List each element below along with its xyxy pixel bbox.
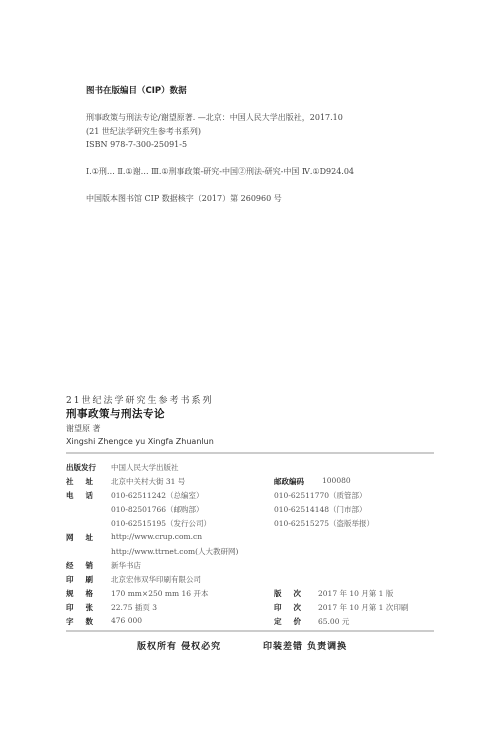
cip-isbn: ISBN 978-7-300-25091-5	[86, 140, 187, 149]
label-distributor: 经销	[66, 560, 105, 571]
label-printing: 印次	[274, 602, 313, 613]
label-publisher: 出版发行	[66, 462, 96, 473]
label-phone: 电话	[66, 490, 105, 501]
label-price: 定价	[274, 616, 313, 627]
value-printer: 北京宏伟双华印刷有限公司	[111, 574, 201, 585]
label-format: 规格	[66, 588, 105, 599]
phone-left-3: 010-62515195（发行公司）	[111, 518, 211, 529]
cip-book-line: 刑事政策与刑法专论/谢望原著. —北京：中国人民大学出版社，2017.10	[86, 112, 343, 123]
label-printer: 印刷	[66, 574, 105, 585]
book-title: 刑事政策与刑法专论	[66, 406, 165, 421]
cip-number: 中国版本图书馆 CIP 数据核字（2017）第 260960 号	[86, 193, 282, 204]
phone-right-1: 010-62511770（质管部）	[274, 490, 367, 501]
website-link-2[interactable]: http://www.ttrnet.com(人大教研网)	[111, 546, 238, 557]
label-address: 社址	[66, 476, 105, 487]
value-publisher: 中国人民大学出版社	[111, 462, 179, 473]
phone-left-2: 010-82501766（邮购部）	[111, 504, 204, 515]
label-postcode: 邮政编码	[274, 476, 304, 487]
cip-heading: 图书在版编目（CIP）数据	[86, 84, 187, 96]
book-pinyin: Xingshi Zhengce yu Xingfa Zhuanlun	[66, 437, 214, 446]
value-edition: 2017 年 10 月第 1 版	[318, 588, 393, 599]
phone-left-1: 010-62511242（总编室）	[111, 490, 204, 501]
label-edition: 版次	[274, 588, 313, 599]
cip-series-line: (21 世纪法学研究生参考书系列)	[86, 126, 201, 137]
phone-right-2: 010-62514148（门市部）	[274, 504, 367, 515]
divider-top	[66, 452, 434, 454]
footer-copyright: 版权所有 侵权必究	[137, 639, 221, 652]
value-price: 65.00 元	[318, 616, 349, 627]
book-author: 谢望原 著	[66, 423, 101, 434]
footer-print-errors: 印装差错 负责调换	[263, 639, 347, 652]
value-words: 476 000	[111, 616, 142, 625]
phone-right-3: 010-62515275（盗版举报）	[274, 518, 374, 529]
series-name: 21世纪法学研究生参考书系列	[66, 393, 213, 406]
value-printing: 2017 年 10 月第 1 次印刷	[318, 602, 408, 613]
value-postcode: 100080	[322, 476, 351, 485]
cip-classification: Ⅰ.①刑… Ⅱ.①谢… Ⅲ.①刑事政策-研究-中国②刑法-研究-中国 Ⅳ.①D9…	[86, 166, 354, 177]
label-sheets: 印张	[66, 602, 105, 613]
value-address: 北京中关村大街 31 号	[111, 476, 185, 487]
value-format: 170 mm×250 mm 16 开本	[111, 588, 208, 599]
label-words: 字数	[66, 616, 105, 627]
label-website: 网址	[66, 532, 105, 543]
divider-bottom	[66, 630, 434, 632]
website-link-1[interactable]: http://www.crup.com.cn	[111, 532, 202, 541]
value-distributor: 新华书店	[111, 560, 141, 571]
value-sheets: 22.75 插页 3	[111, 602, 157, 613]
